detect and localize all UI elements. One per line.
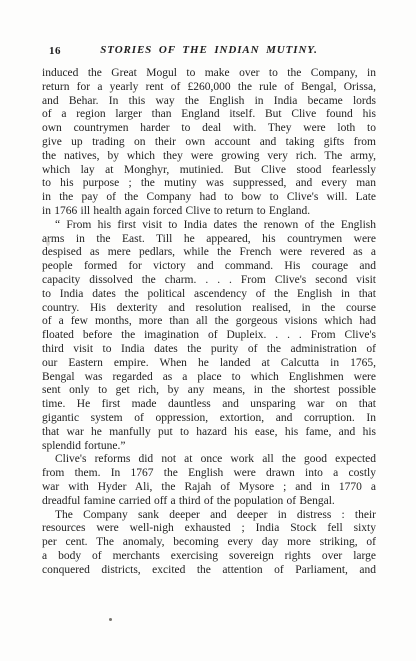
text-line: and Behar. In this way the English in In… [42,95,376,109]
page-number: 16 [49,45,61,57]
text-line: of a region larger than England itself. … [42,108,376,122]
text-line: to India dates the political ascendency … [42,288,376,302]
paragraph: induced the Great Mogul to make over to … [42,67,376,219]
page-header: 16 STORIES OF THE INDIAN MUTINY. [42,44,376,60]
text-line: give up trading on their own account and… [42,136,376,150]
text-line: capacity dissolved the charm. . . . From… [42,274,376,288]
paragraph: The Company sank deeper and deeper in di… [42,509,376,578]
scan-speck-bottom [109,618,112,621]
text-line: resources were well-nigh exhausted ; Ind… [42,522,376,536]
running-title: STORIES OF THE INDIAN MUTINY. [42,44,376,56]
text-line: despised as mere pedlars, while the Fren… [42,246,376,260]
text-line: conquered districts, excited the attenti… [42,564,376,578]
text-line: a body of merchants exercising sovereign… [42,550,376,564]
scan-speck-margin [46,238,50,246]
body-text: induced the Great Mogul to make over to … [42,67,376,577]
text-line: third visit to India dates the purity of… [42,343,376,357]
text-line: splendid fortune.” [42,440,376,454]
text-line: Bengal was regarded as a place to which … [42,371,376,385]
book-page: 16 STORIES OF THE INDIAN MUTINY. induced… [0,0,416,661]
text-line: per cent. The anomaly, becoming every da… [42,536,376,550]
text-line: own countrymen harder to deal with. They… [42,122,376,136]
text-line: floated before the imagination of Duplei… [42,329,376,343]
text-line: The Company sank deeper and deeper in di… [42,509,376,523]
text-line: of a few months, more than all the gorge… [42,315,376,329]
text-line: gigantic system of oppression, extortion… [42,412,376,426]
text-line: our Eastern empire. When he landed at Ca… [42,357,376,371]
text-line: the natives, by which they were growing … [42,150,376,164]
text-line: country. His dexterity and resolution re… [42,302,376,316]
text-line: time. He first made dauntless and unspar… [42,398,376,412]
paragraph: Clive's reforms did not at once work all… [42,453,376,508]
text-line: dreadful famine carried off a third of t… [42,495,376,509]
text-line: that war he manfully put to hazard his e… [42,426,376,440]
text-line: in the pay of the Company had to bow to … [42,191,376,205]
text-line: sent only to get rich, by any means, in … [42,384,376,398]
text-line: induced the Great Mogul to make over to … [42,67,376,81]
text-line: “ From his first visit to India dates th… [42,219,376,233]
text-line: Clive's reforms did not at once work all… [42,453,376,467]
text-line: people formed for victory and command. H… [42,260,376,274]
text-line: return for a yearly rent of £260,000 the… [42,81,376,95]
text-line: from them. In 1767 the English were draw… [42,467,376,481]
text-line: to his purpose ; the mutiny was suppress… [42,177,376,191]
text-line: which lay at Monghyr, mutinied. But Cliv… [42,164,376,178]
text-line: war with Hyder Ali, the Rajah of Mysore … [42,481,376,495]
paragraph: “ From his first visit to India dates th… [42,219,376,454]
text-line: arms in the East. Till he appeared, his … [42,233,376,247]
text-line: in 1766 ill health again forced Clive to… [42,205,376,219]
